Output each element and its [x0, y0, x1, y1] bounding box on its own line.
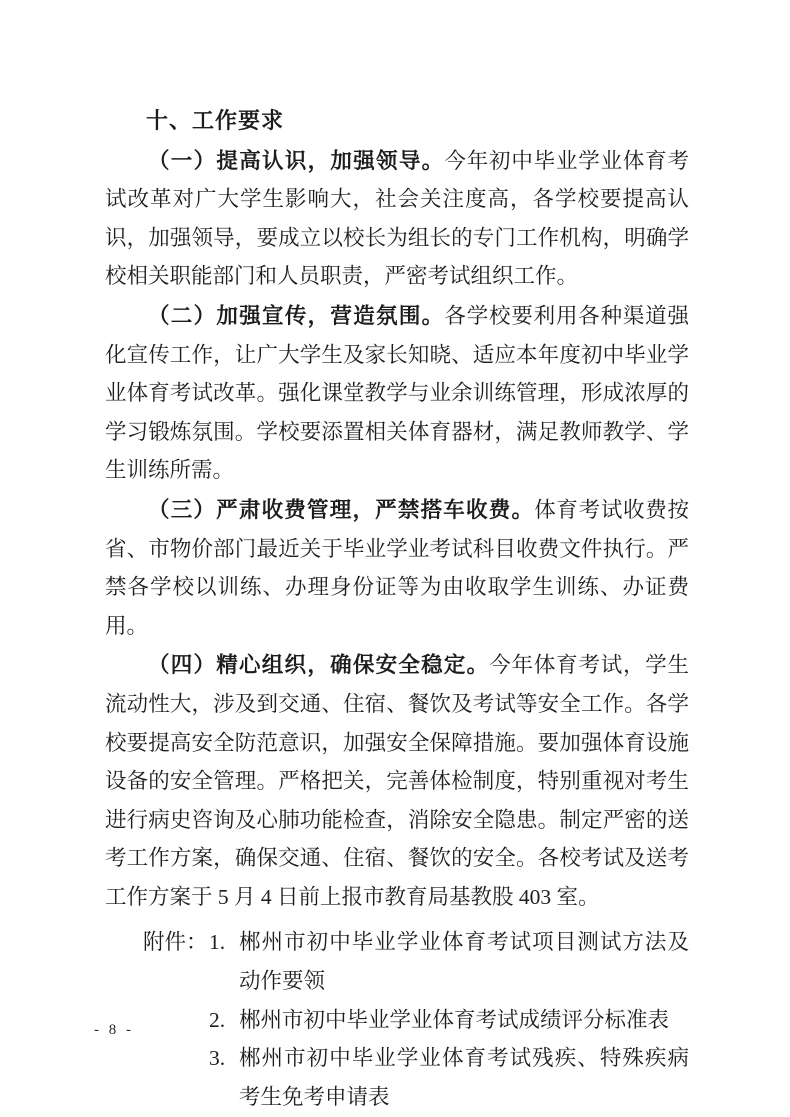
- attachments-block: 附件： 1. 郴州市初中毕业学业体育考试项目测试方法及动作要领 2. 郴州市初中…: [143, 923, 689, 1116]
- attachment-item-3: 3. 郴州市初中毕业学业体育考试残疾、特殊疾病考生免考申请表: [209, 1039, 689, 1116]
- paragraph-4: （四）精心组织，确保安全稳定。今年体育考试，学生流动性大，涉及到交通、住宿、餐饮…: [105, 646, 689, 916]
- paragraph-1: （一）提高认识，加强领导。今年初中毕业学业体育考试改革对广大学生影响大，社会关注…: [105, 142, 689, 296]
- attachment-item-2-number: 2.: [209, 1001, 239, 1040]
- paragraph-4-lead: （四）精心组织，确保安全稳定。: [148, 653, 489, 677]
- section-heading: 十、工作要求: [105, 102, 689, 141]
- page-number: - 8 -: [94, 1022, 134, 1039]
- paragraph-2: （二）加强宣传，营造氛围。各学校要利用各种渠道强化宣传工作，让广大学生及家长知晓…: [105, 297, 689, 490]
- paragraph-4-text: 今年体育考试，学生流动性大，涉及到交通、住宿、餐饮及考试等安全工作。各学校要提高…: [105, 653, 689, 909]
- document-body: 十、工作要求 （一）提高认识，加强领导。今年初中毕业学业体育考试改革对广大学生影…: [105, 102, 689, 1116]
- paragraph-2-lead: （二）加强宣传，营造氛围。: [148, 304, 444, 328]
- attachment-item-2: 2. 郴州市初中毕业学业体育考试成绩评分标准表: [209, 1001, 689, 1040]
- attachment-item-2-title: 郴州市初中毕业学业体育考试成绩评分标准表: [239, 1001, 689, 1040]
- attachment-item-3-number: 3.: [209, 1039, 239, 1116]
- paragraph-3-lead: （三）严肃收费管理，严禁搭车收费。: [148, 498, 534, 522]
- attachments-list: 1. 郴州市初中毕业学业体育考试项目测试方法及动作要领 2. 郴州市初中毕业学业…: [209, 923, 689, 1116]
- attachment-item-1-title: 郴州市初中毕业学业体育考试项目测试方法及动作要领: [239, 923, 689, 1000]
- attachment-item-1-number: 1.: [209, 923, 239, 1000]
- attachment-item-1: 1. 郴州市初中毕业学业体育考试项目测试方法及动作要领: [209, 923, 689, 1000]
- paragraph-3: （三）严肃收费管理，严禁搭车收费。体育考试收费按省、市物价部门最近关于毕业学业考…: [105, 491, 689, 645]
- paragraph-2-text: 各学校要利用各种渠道强化宣传工作，让广大学生及家长知晓、适应本年度初中毕业学业体…: [105, 304, 689, 482]
- attachment-item-3-title: 郴州市初中毕业学业体育考试残疾、特殊疾病考生免考申请表: [239, 1039, 689, 1116]
- attachments-label: 附件：: [143, 923, 209, 1116]
- paragraph-1-lead: （一）提高认识，加强领导。: [148, 149, 444, 173]
- document-page: 十、工作要求 （一）提高认识，加强领导。今年初中毕业学业体育考试改革对广大学生影…: [0, 0, 790, 1117]
